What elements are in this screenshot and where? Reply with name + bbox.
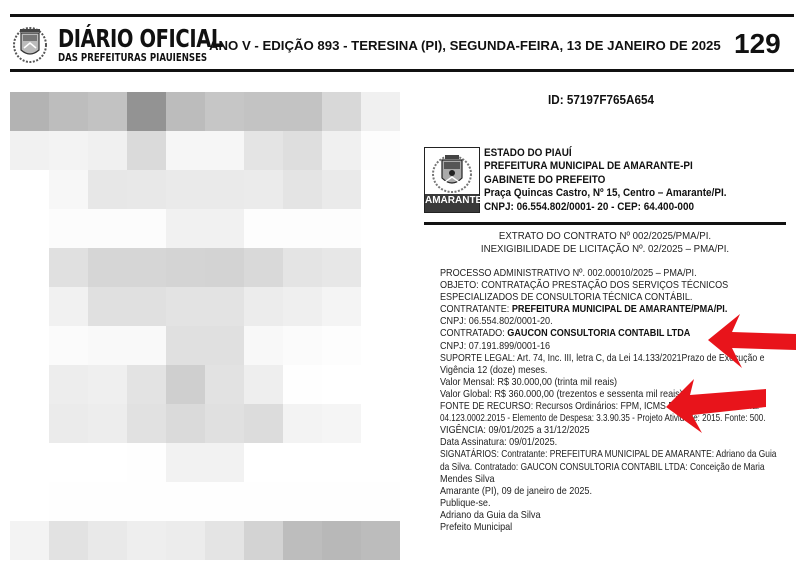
red-arrow-icon [662,373,772,435]
mosaic-tile [127,521,166,560]
mosaic-tile [166,365,205,404]
mosaic-tile [49,404,88,443]
mosaic-tile [10,326,49,365]
mosaic-tile [88,482,127,521]
mosaic-tile [322,482,361,521]
mosaic-tile [127,404,166,443]
signatarios-line-2: da Silva. Contratado: GAUCON CONSULTORIA… [440,462,722,474]
mosaic-tile [10,482,49,521]
section-divider [424,222,786,225]
signer-name: Adriano da Guia da Silva [440,510,746,522]
mosaic-tile [49,131,88,170]
mosaic-tile [244,326,283,365]
mosaic-tile [10,404,49,443]
mosaic-tile [88,92,127,131]
amarante-logo-label: AMARANTE [425,194,479,212]
organization-header: AMARANTE ESTADO DO PIAUÍ PREFEITURA MUNI… [424,147,760,214]
mosaic-tile [283,365,322,404]
mosaic-tile [361,404,400,443]
mosaic-tile [244,209,283,248]
mosaic-tile [322,287,361,326]
mosaic-tile [10,287,49,326]
mosaic-tile [283,92,322,131]
org-address: Praça Quincas Castro, Nº 15, Centro – Am… [484,187,726,200]
page-number: 129 [734,28,781,60]
mosaic-tile [88,443,127,482]
mosaic-tile [244,482,283,521]
mosaic-tile [10,248,49,287]
mosaic-tile [361,248,400,287]
mosaic-tile [205,92,244,131]
mosaic-tile [49,287,88,326]
mosaic-tile [361,482,400,521]
objeto-line-1: OBJETO: CONTRATAÇÃO PRESTAÇÃO DOS SERVIÇ… [440,280,746,292]
mosaic-tile [205,443,244,482]
mosaic-tile [88,326,127,365]
mosaic-tile [283,170,322,209]
mosaic-tile [244,365,283,404]
signer-title: Prefeito Municipal [440,522,746,534]
signatarios-line-1: SIGNATÁRIOS: Contratante: PREFEITURA MUN… [440,449,722,461]
local-data: Amarante (PI), 09 de janeiro de 2025. [440,486,746,498]
mosaic-tile [283,326,322,365]
mosaic-tile [322,209,361,248]
mosaic-tile [127,287,166,326]
objeto-line-2: ESPECIALIZADOS DE CONSULTORIA TÉCNICA CO… [440,292,746,304]
mosaic-tile [322,131,361,170]
mosaic-tile [88,131,127,170]
mosaic-tile [166,248,205,287]
mosaic-tile [244,443,283,482]
mosaic-tile [205,170,244,209]
org-prefeitura: PREFEITURA MUNICIPAL DE AMARANTE-PI [484,160,726,173]
mosaic-tile [88,287,127,326]
org-gabinete: GABINETE DO PREFEITO [484,174,726,187]
mosaic-tile [88,209,127,248]
contratante-label: CONTRATANTE: [440,304,512,315]
mosaic-tile [361,92,400,131]
mosaic-tile [361,170,400,209]
mosaic-tile [127,170,166,209]
mosaic-tile [10,131,49,170]
mosaic-tile [361,443,400,482]
mosaic-tile [361,209,400,248]
mosaic-tile [10,443,49,482]
mosaic-tile [49,170,88,209]
mosaic-tile [244,287,283,326]
header-top-rule [10,14,794,17]
mosaic-tile [205,482,244,521]
edition-line: ANO V - EDIÇÃO 893 - TERESINA (PI), SEGU… [209,38,721,53]
mosaic-tile [49,326,88,365]
header-bottom-rule [10,69,794,72]
org-cnpj: CNPJ: 06.554.802/0001- 20 - CEP: 64.400-… [484,201,726,214]
data-assinatura: Data Assinatura: 09/01/2025. [440,437,746,449]
contratado-label: CONTRATADO: [440,328,507,339]
mosaic-tile [166,92,205,131]
mosaic-tile [361,287,400,326]
mosaic-tile [205,248,244,287]
mosaic-tile [88,404,127,443]
mosaic-tile [166,443,205,482]
mosaic-tile [283,482,322,521]
mosaic-tile [205,404,244,443]
mosaic-tile [49,365,88,404]
mosaic-tile [88,365,127,404]
mosaic-tile [244,248,283,287]
mosaic-tile [361,131,400,170]
mosaic-tile [127,131,166,170]
publique-se: Publique-se. [440,498,746,510]
mosaic-tile [127,443,166,482]
mosaic-tile [127,248,166,287]
mosaic-tile [322,170,361,209]
mosaic-tile [205,326,244,365]
mosaic-tile [166,131,205,170]
mosaic-tile [10,170,49,209]
redacted-pixelated-region [10,92,400,572]
mosaic-tile [205,365,244,404]
brand-title: DIÁRIO OFICIAL [58,26,223,51]
mosaic-tile [283,404,322,443]
mosaic-tile [127,482,166,521]
mosaic-tile [49,209,88,248]
amarante-coat-of-arms-icon: AMARANTE [424,147,480,213]
mosaic-tile [322,521,361,560]
mosaic-tile [283,521,322,560]
mosaic-tile [49,443,88,482]
mosaic-tile [166,404,205,443]
mosaic-tile [10,365,49,404]
contratante-value: PREFEITURA MUNICIPAL DE AMARANTE/PMA/PI. [512,304,728,315]
mosaic-tile [88,521,127,560]
mosaic-tile [166,287,205,326]
mosaic-tile [361,326,400,365]
mosaic-tile [127,326,166,365]
mosaic-tile [322,443,361,482]
mosaic-tile [166,170,205,209]
mosaic-tile [244,131,283,170]
mosaic-tile [127,209,166,248]
mosaic-tile [205,521,244,560]
mosaic-tile [283,287,322,326]
mosaic-tile [322,326,361,365]
extract-heading: EXTRATO DO CONTRATO Nº 002/2025/PMA/PI. … [438,230,771,256]
mosaic-tile [10,209,49,248]
mosaic-tile [322,248,361,287]
mosaic-tile [322,404,361,443]
document-id: ID: 57197F765A654 [548,92,654,107]
red-arrow-icon [700,310,800,370]
mosaic-tile [244,404,283,443]
contratado-value: GAUCON CONSULTORIA CONTABIL LTDA [507,328,690,339]
state-coat-of-arms-icon [12,24,48,64]
mosaic-tile [166,521,205,560]
mosaic-tile [244,170,283,209]
mosaic-tile [361,365,400,404]
mosaic-tile [88,248,127,287]
mosaic-tile [49,92,88,131]
mosaic-tile [127,365,166,404]
mosaic-tile [88,170,127,209]
extract-title: EXTRATO DO CONTRATO Nº 002/2025/PMA/PI. [438,230,771,243]
mosaic-tile [127,92,166,131]
mosaic-tile [49,482,88,521]
brand-subtitle: DAS PREFEITURAS PIAUIENSES [58,52,223,63]
mosaic-tile [10,92,49,131]
processo-line: PROCESSO ADMINISTRATIVO Nº. 002.00010/20… [440,268,746,280]
suporte-legal-line-1: SUPORTE LEGAL: Art. 74, Inc. III, letra … [440,353,734,365]
mosaic-tile [244,521,283,560]
mosaic-tile [49,521,88,560]
mosaic-tile [283,131,322,170]
mosaic-tile [283,248,322,287]
mosaic-tile [166,482,205,521]
mosaic-tile [244,92,283,131]
mosaic-tile [205,287,244,326]
extract-subtitle: INEXIGIBILIDADE DE LICITAÇÃO Nº. 02/2025… [438,243,771,256]
mosaic-tile [10,521,49,560]
mosaic-tile [322,92,361,131]
mosaic-tile [283,443,322,482]
mosaic-tile [322,365,361,404]
mosaic-tile [205,131,244,170]
mosaic-tile [166,209,205,248]
signatarios-line-3: Mendes Silva [440,474,746,486]
mosaic-tile [49,248,88,287]
mosaic-tile [166,326,205,365]
mosaic-tile [361,521,400,560]
mosaic-tile [205,209,244,248]
mosaic-tile [283,209,322,248]
org-state: ESTADO DO PIAUÍ [484,147,726,160]
